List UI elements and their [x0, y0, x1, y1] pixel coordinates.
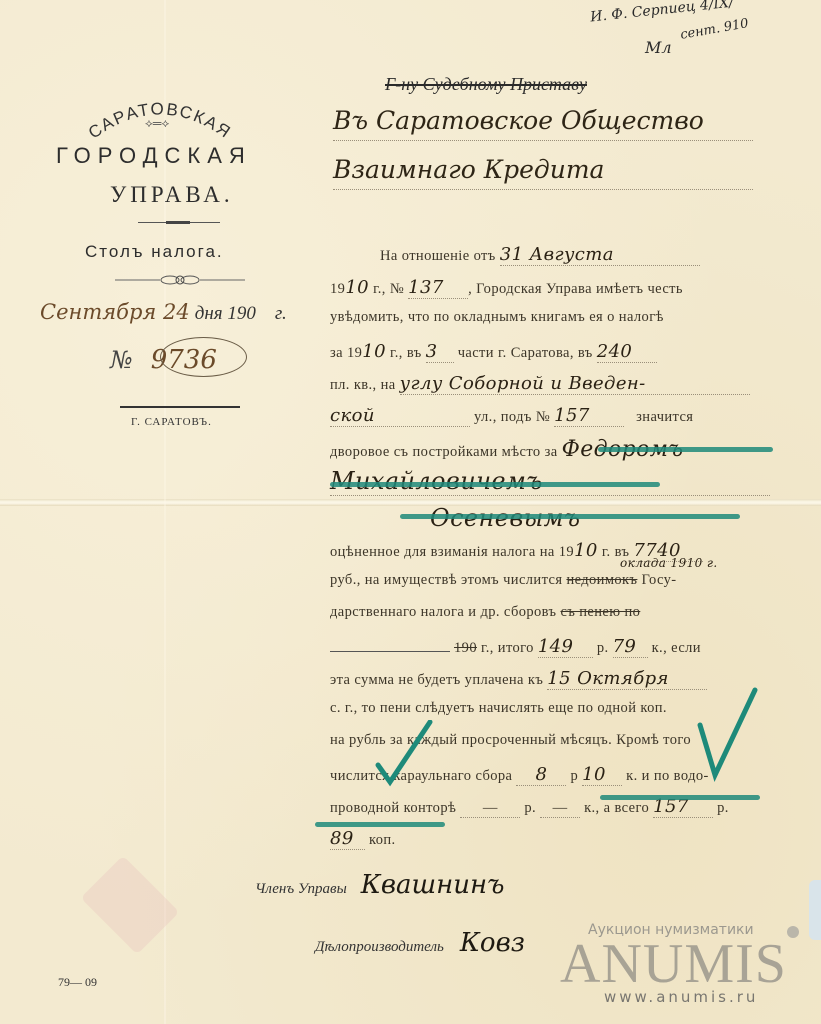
- green-underline: [600, 795, 760, 800]
- printed-text: г., итого: [481, 640, 534, 656]
- number-stamp-oval: [160, 337, 247, 377]
- body-line: за 1910 г., въ 3 части г. Саратова, въ 2…: [330, 341, 775, 363]
- divider-accent: [166, 221, 190, 224]
- printed-text: г., №: [373, 281, 404, 297]
- hand-year: 10: [362, 341, 386, 362]
- hand-street: углу Соборной и Введен-: [400, 373, 646, 394]
- hand-house-number: 157: [554, 405, 590, 426]
- body-line: ской ул., подъ № 157 значится: [330, 405, 775, 427]
- fill-line: [333, 189, 753, 190]
- torn-edge: [809, 880, 821, 940]
- hand-note: оклада 1910 г.: [620, 556, 718, 570]
- body-line: пл. кв., на углу Соборной и Введен-: [330, 373, 775, 395]
- issue-date: Сентября 24 дня 190 г.: [40, 300, 287, 325]
- department-label: Столъ налога.: [85, 242, 224, 262]
- member-signature: Квашнинъ: [361, 870, 505, 900]
- date-printed: дня 190: [195, 303, 256, 324]
- blank-dash: —: [553, 800, 568, 816]
- struck-text: 190: [454, 640, 477, 656]
- printed-text: р.: [597, 640, 609, 656]
- member-label: Членъ Управы: [255, 881, 347, 897]
- printed-text: р.: [524, 800, 536, 816]
- hand-total-rub: 149: [538, 636, 574, 657]
- watermark-url: www.anumis.ru: [604, 988, 758, 1006]
- hand-guard-rub: 8: [535, 764, 547, 785]
- addressee-line-2: Взаимнаго Кредита: [333, 155, 604, 184]
- clerk-signature-row: Дѣлопроизводитель Ковз: [315, 928, 525, 958]
- body-line: 1910 г., № 137, Городская Управа имѣетъ …: [330, 277, 775, 299]
- printed-text: пл. кв., на: [330, 377, 396, 393]
- hand-quarter: 240: [597, 341, 633, 362]
- printed-text: части г. Саратова, въ: [458, 345, 593, 361]
- hand-part: 3: [426, 341, 438, 362]
- printed-text: коп.: [369, 832, 396, 848]
- printed-text: к., а всего: [584, 800, 649, 816]
- letterhead-title: ГОРОДСКАЯ: [56, 143, 252, 169]
- body-line: руб., на имуществѣ этомъ числится недоим…: [330, 572, 775, 589]
- printed-text: к., если: [652, 640, 701, 656]
- clerk-label: Дѣлопроизводитель: [315, 939, 444, 955]
- printed-text: эта сумма не будетъ уплачена къ: [330, 672, 543, 688]
- hand-total-kop: 79: [613, 636, 637, 657]
- number-sign: №: [110, 346, 133, 374]
- interlinear-note: оклада 1910 г.: [620, 556, 821, 570]
- body-line: увѣдомить, что по окладнымъ книгамъ ея о…: [330, 309, 775, 326]
- printed-text: р: [570, 768, 578, 784]
- document-page: САРАТОВСКАЯ ⟡═⟡ ГОРОДСКАЯ УПРАВА. Столъ …: [0, 0, 821, 1024]
- body-line: 89 коп.: [330, 828, 775, 850]
- body-line: На отношеніе отъ 31 Августа: [330, 244, 821, 266]
- hand-date: 31 Августа: [500, 244, 614, 265]
- hand-guard-kop: 10: [582, 764, 606, 785]
- printed-text: , Городская Управа имѣетъ честь: [468, 281, 683, 297]
- form-number: 79— 09: [58, 975, 97, 990]
- watermark-brand: ANUMIS: [560, 932, 787, 996]
- printed-text: оцѣненное для взиманія налога на 19: [330, 544, 574, 560]
- green-underline: [400, 514, 740, 519]
- struck-text: съ пенею по: [560, 604, 640, 620]
- green-check-icon: [370, 720, 440, 790]
- struck-text: недоимокъ: [566, 572, 637, 588]
- green-underline: [315, 822, 445, 827]
- divider: [120, 406, 240, 408]
- printed-text: ул., подъ №: [474, 409, 550, 425]
- printed-text: за 19: [330, 345, 362, 361]
- registry-initials: Мл: [645, 38, 672, 57]
- blank-dash: —: [483, 800, 498, 816]
- member-signature-row: Членъ Управы Квашнинъ: [255, 870, 504, 900]
- printed-text: значится: [636, 409, 693, 425]
- hand-owner-patronymic: Михайловичемъ: [330, 467, 543, 495]
- date-handwritten: Сентября 24: [40, 300, 190, 324]
- green-underline: [330, 482, 660, 487]
- hand-year: 10: [345, 277, 369, 298]
- green-underline: [598, 447, 773, 452]
- flourish-ornament-icon: [115, 270, 245, 290]
- watermark-dot-icon: [787, 926, 799, 938]
- body-line: 190 г., итого 149 р. 79 к., если: [330, 636, 775, 658]
- letterhead-subtitle: УПРАВА.: [110, 182, 234, 208]
- printed-text: проводной конторѣ: [330, 800, 456, 816]
- outgoing-number: № 9736: [110, 345, 217, 375]
- struck-addressee: Г-ну Судебному Приставу: [385, 74, 587, 95]
- hand-year: 10: [574, 540, 598, 561]
- clerk-signature: Ковз: [460, 928, 525, 958]
- printed-text: дарственнаго налога и др. сборовъ: [330, 604, 556, 620]
- addressee-line-1: Въ Саратовское Общество: [333, 106, 704, 135]
- hand-grand-total-kop: 89: [330, 828, 354, 849]
- printed-text: руб., на имуществѣ этомъ числится: [330, 572, 562, 588]
- city-label: Г. САРАТОВЪ.: [131, 416, 212, 428]
- fill-line: [333, 140, 753, 141]
- printed-text: Госу-: [641, 572, 676, 588]
- hand-street-end: ской: [330, 405, 375, 426]
- printed-text: На отношеніе отъ: [380, 248, 496, 264]
- date-suffix: г.: [275, 303, 287, 324]
- printed-text: р.: [717, 800, 729, 816]
- printed-text: дворовое съ постройками мѣсто за: [330, 444, 558, 460]
- green-check-icon: [690, 685, 760, 785]
- printed-text: 19: [330, 281, 345, 297]
- hand-due-date: 15 Октября: [547, 668, 669, 689]
- hand-ref-number: 137: [408, 277, 444, 298]
- body-line: дарственнаго налога и др. сборовъ съ пен…: [330, 604, 775, 621]
- ornament-icon: ⟡═⟡: [145, 116, 169, 131]
- registry-note-date: сент. 910: [679, 16, 750, 43]
- printed-text: г., въ: [390, 345, 422, 361]
